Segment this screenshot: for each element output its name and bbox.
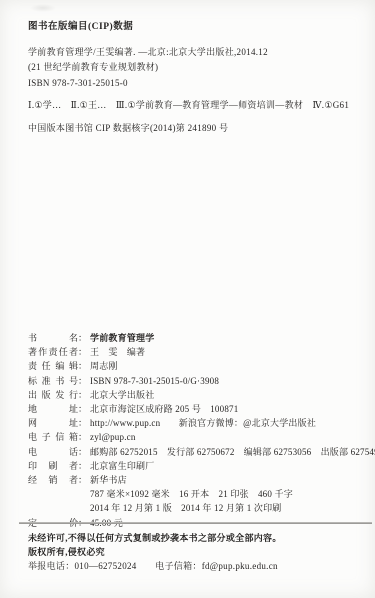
cip-header: 图书在版编目(CIP)数据 — [28, 20, 367, 36]
colophon-row-publisher: 出版发行： 北京大学出版社 — [28, 388, 371, 402]
row-label: 标准书号 — [28, 374, 78, 388]
row-colon: ： — [78, 459, 87, 473]
row-colon: ： — [78, 430, 87, 444]
row-value: 787 毫米×1092 毫米 16 开本 21 印张 460 千字 — [90, 487, 293, 501]
cip-classification-line: Ⅰ.①学… Ⅱ.①王… Ⅲ.①学前教育—教育管理学—师资培训—教材 Ⅳ.①G61 — [28, 98, 367, 114]
row-value: ISBN 978-7-301-25015-0/G·3908 — [90, 374, 219, 388]
row-label: 电子信箱 — [28, 430, 78, 444]
row-label: 著作责任者 — [28, 345, 78, 359]
colophon-row-edition: 2014 年 12 月第 1 版 2014 年 12 月第 1 次印刷 — [28, 501, 371, 515]
cip-record-line: 中国版本图书馆 CIP 数据核字(2014)第 241890 号 — [28, 121, 367, 137]
colophon-row-distributor: 经销者： 新华书店 — [28, 473, 371, 487]
row-value: 2014 年 12 月第 1 版 2014 年 12 月第 1 次印刷 — [90, 501, 282, 515]
cip-block: 图书在版编目(CIP)数据 学前教育管理学/王雯编著. —北京:北京大学出版社,… — [28, 20, 367, 136]
row-value: 邮购部 62752015 发行部 62750672 编辑部 62753056 出… — [90, 445, 375, 459]
colophon-row-email: 电子信箱： zyl@pup.cn — [28, 430, 371, 444]
colophon-row-isbn: 标准书号： ISBN 978-7-301-25015-0/G·3908 — [28, 374, 371, 388]
colophon-row-website: 网址： http://www.pup.cn 新浪官方微博：@北京大学出版社 — [28, 416, 371, 430]
colophon-row-printer: 印刷者： 北京富生印刷厂 — [28, 459, 371, 473]
row-colon: ： — [78, 331, 87, 345]
divider-rule — [19, 522, 372, 524]
row-colon: ： — [78, 416, 87, 430]
row-value: 学前教育管理学 — [90, 331, 154, 345]
row-value: http://www.pup.cn 新浪官方微博：@北京大学出版社 — [90, 416, 316, 430]
colophon-block: 书名： 学前教育管理学 著作责任者： 王 雯 编著 责任编辑： 周志刚 标准书号… — [28, 331, 371, 530]
colophon-row-address: 地址： 北京市海淀区成府路 205 号 100871 — [28, 402, 371, 416]
row-label: 出版发行 — [28, 388, 78, 402]
row-value: 北京富生印刷厂 — [90, 459, 154, 473]
row-value: 北京大学出版社 — [90, 388, 154, 402]
footer-copyright-line: 版权所有,侵权必究 — [28, 545, 367, 559]
row-colon: ： — [78, 402, 87, 416]
row-label: 责任编辑 — [28, 359, 78, 373]
cip-publication-line: 学前教育管理学/王雯编著. —北京:北京大学出版社,2014.12 — [28, 45, 367, 61]
row-colon: ： — [78, 345, 87, 359]
footer-report-line: 举报电话：010—62752024 电子信箱：fd@pup.pku.edu.cn — [28, 559, 367, 573]
row-label: 经销者 — [28, 473, 78, 487]
footer-notice-line: 未经许可,不得以任何方式复制或抄袭本书之部分或全部内容。 — [28, 531, 367, 545]
cip-isbn-line: ISBN 978-7-301-25015-0 — [28, 76, 367, 92]
scan-smudge — [30, 4, 56, 12]
row-colon: ： — [78, 473, 87, 487]
row-label: 地址 — [28, 402, 78, 416]
book-copyright-page: 图书在版编目(CIP)数据 学前教育管理学/王雯编著. —北京:北京大学出版社,… — [0, 0, 375, 598]
row-colon: ： — [78, 374, 87, 388]
colophon-row-telephone: 电话： 邮购部 62752015 发行部 62750672 编辑部 627530… — [28, 445, 371, 459]
row-label: 网址 — [28, 416, 78, 430]
colophon-row-editor: 责任编辑： 周志刚 — [28, 359, 371, 373]
row-value: zyl@pup.cn — [90, 430, 136, 444]
footer-notice-block: 未经许可,不得以任何方式复制或抄袭本书之部分或全部内容。 版权所有,侵权必究 举… — [28, 531, 367, 574]
row-value: 北京市海淀区成府路 205 号 100871 — [90, 402, 238, 416]
colophon-row-author: 著作责任者： 王 雯 编著 — [28, 345, 371, 359]
row-label: 电话 — [28, 445, 78, 459]
row-value: 新华书店 — [90, 473, 127, 487]
row-value: 王 雯 编著 — [90, 345, 145, 359]
cip-series-line: (21 世纪学前教育专业规划教材) — [28, 60, 367, 76]
row-label: 书名 — [28, 331, 78, 345]
colophon-row-book-title: 书名： 学前教育管理学 — [28, 331, 371, 345]
row-label: 印刷者 — [28, 459, 78, 473]
row-colon: ： — [78, 445, 87, 459]
row-value: 周志刚 — [90, 359, 118, 373]
row-colon: ： — [78, 359, 87, 373]
row-colon: ： — [78, 388, 87, 402]
colophon-row-format: 787 毫米×1092 毫米 16 开本 21 印张 460 千字 — [28, 487, 371, 501]
